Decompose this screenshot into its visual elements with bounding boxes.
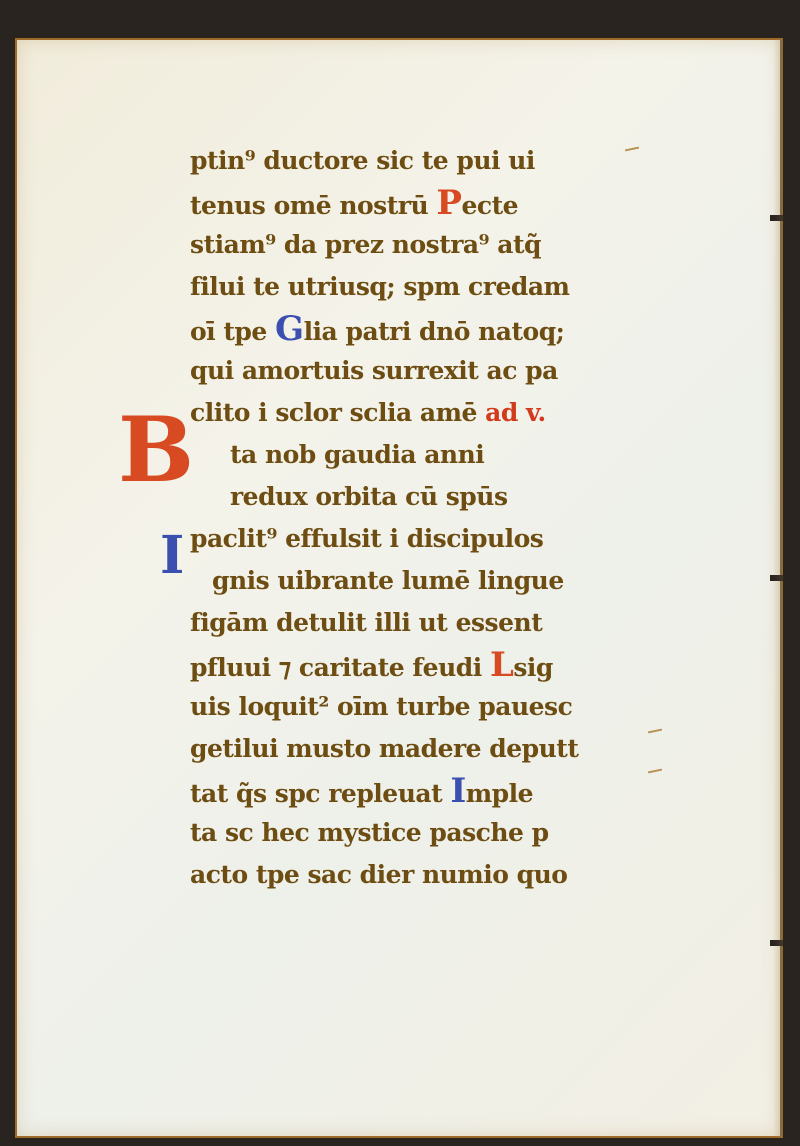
text-line-7: clito i sclor sclia amē ad v. <box>190 392 640 434</box>
text-line-5: oī tpe Glia patri dnō natoq; <box>190 308 640 350</box>
edge-notch <box>770 940 784 946</box>
initial-l: L <box>490 645 513 685</box>
text-line-8: ta nob gaudia anni <box>190 434 640 476</box>
line-text: ecte <box>461 191 518 220</box>
edge-notch <box>770 575 784 581</box>
line-text: tenus omē nostrū <box>190 191 436 220</box>
text-line-10: paclit⁹ effulsit i discipulos <box>190 518 640 560</box>
initial-g: G <box>275 309 304 349</box>
text-line-6: qui amortuis surrexit ac pa <box>190 350 640 392</box>
edge-notch <box>770 215 784 221</box>
initial-i: I <box>450 771 465 811</box>
initial-p: P <box>436 183 461 223</box>
text-line-14: uis loquit² oīm turbe pauesc <box>190 686 640 728</box>
text-line-13: pfluui ⁊ caritate feudi Lsig <box>190 644 640 686</box>
line-text: lia patri dnō natoq; <box>304 317 565 346</box>
text-line-9: redux orbita cū spūs <box>190 476 640 518</box>
line-text: pfluui ⁊ caritate feudi <box>190 653 490 682</box>
decorated-initial-i: I <box>160 530 184 582</box>
text-line-16: tat q̃s spc repleuat Imple <box>190 770 640 812</box>
text-line-2: tenus omē nostrū Pecte <box>190 182 640 224</box>
decorated-initial-b: B <box>118 405 194 495</box>
line-text: clito i sclor sclia amē <box>190 398 485 427</box>
line-text: oī tpe <box>190 317 275 346</box>
text-line-15: getilui musto madere deputt <box>190 728 640 770</box>
rubric-ad-v: ad v. <box>485 398 546 427</box>
text-line-3: stiam⁹ da prez nostra⁹ atq̃ <box>190 224 640 266</box>
line-text: tat q̃s spc repleuat <box>190 779 450 808</box>
line-text: sig <box>513 653 553 682</box>
text-line-18: acto tpe sac dier numio quo <box>190 854 640 896</box>
text-line-1: ptin⁹ ductore sic te pui ui <box>190 140 640 182</box>
text-line-11: gnis uibrante lumē lingue <box>190 560 640 602</box>
text-line-17: ta sc hec mystice pasche p <box>190 812 640 854</box>
text-block: ptin⁹ ductore sic te pui ui tenus omē no… <box>190 140 640 896</box>
text-line-4: filui te utriusq; spm credam <box>190 266 640 308</box>
line-text: mple <box>466 779 533 808</box>
text-line-12: figām detulit illi ut essent <box>190 602 640 644</box>
